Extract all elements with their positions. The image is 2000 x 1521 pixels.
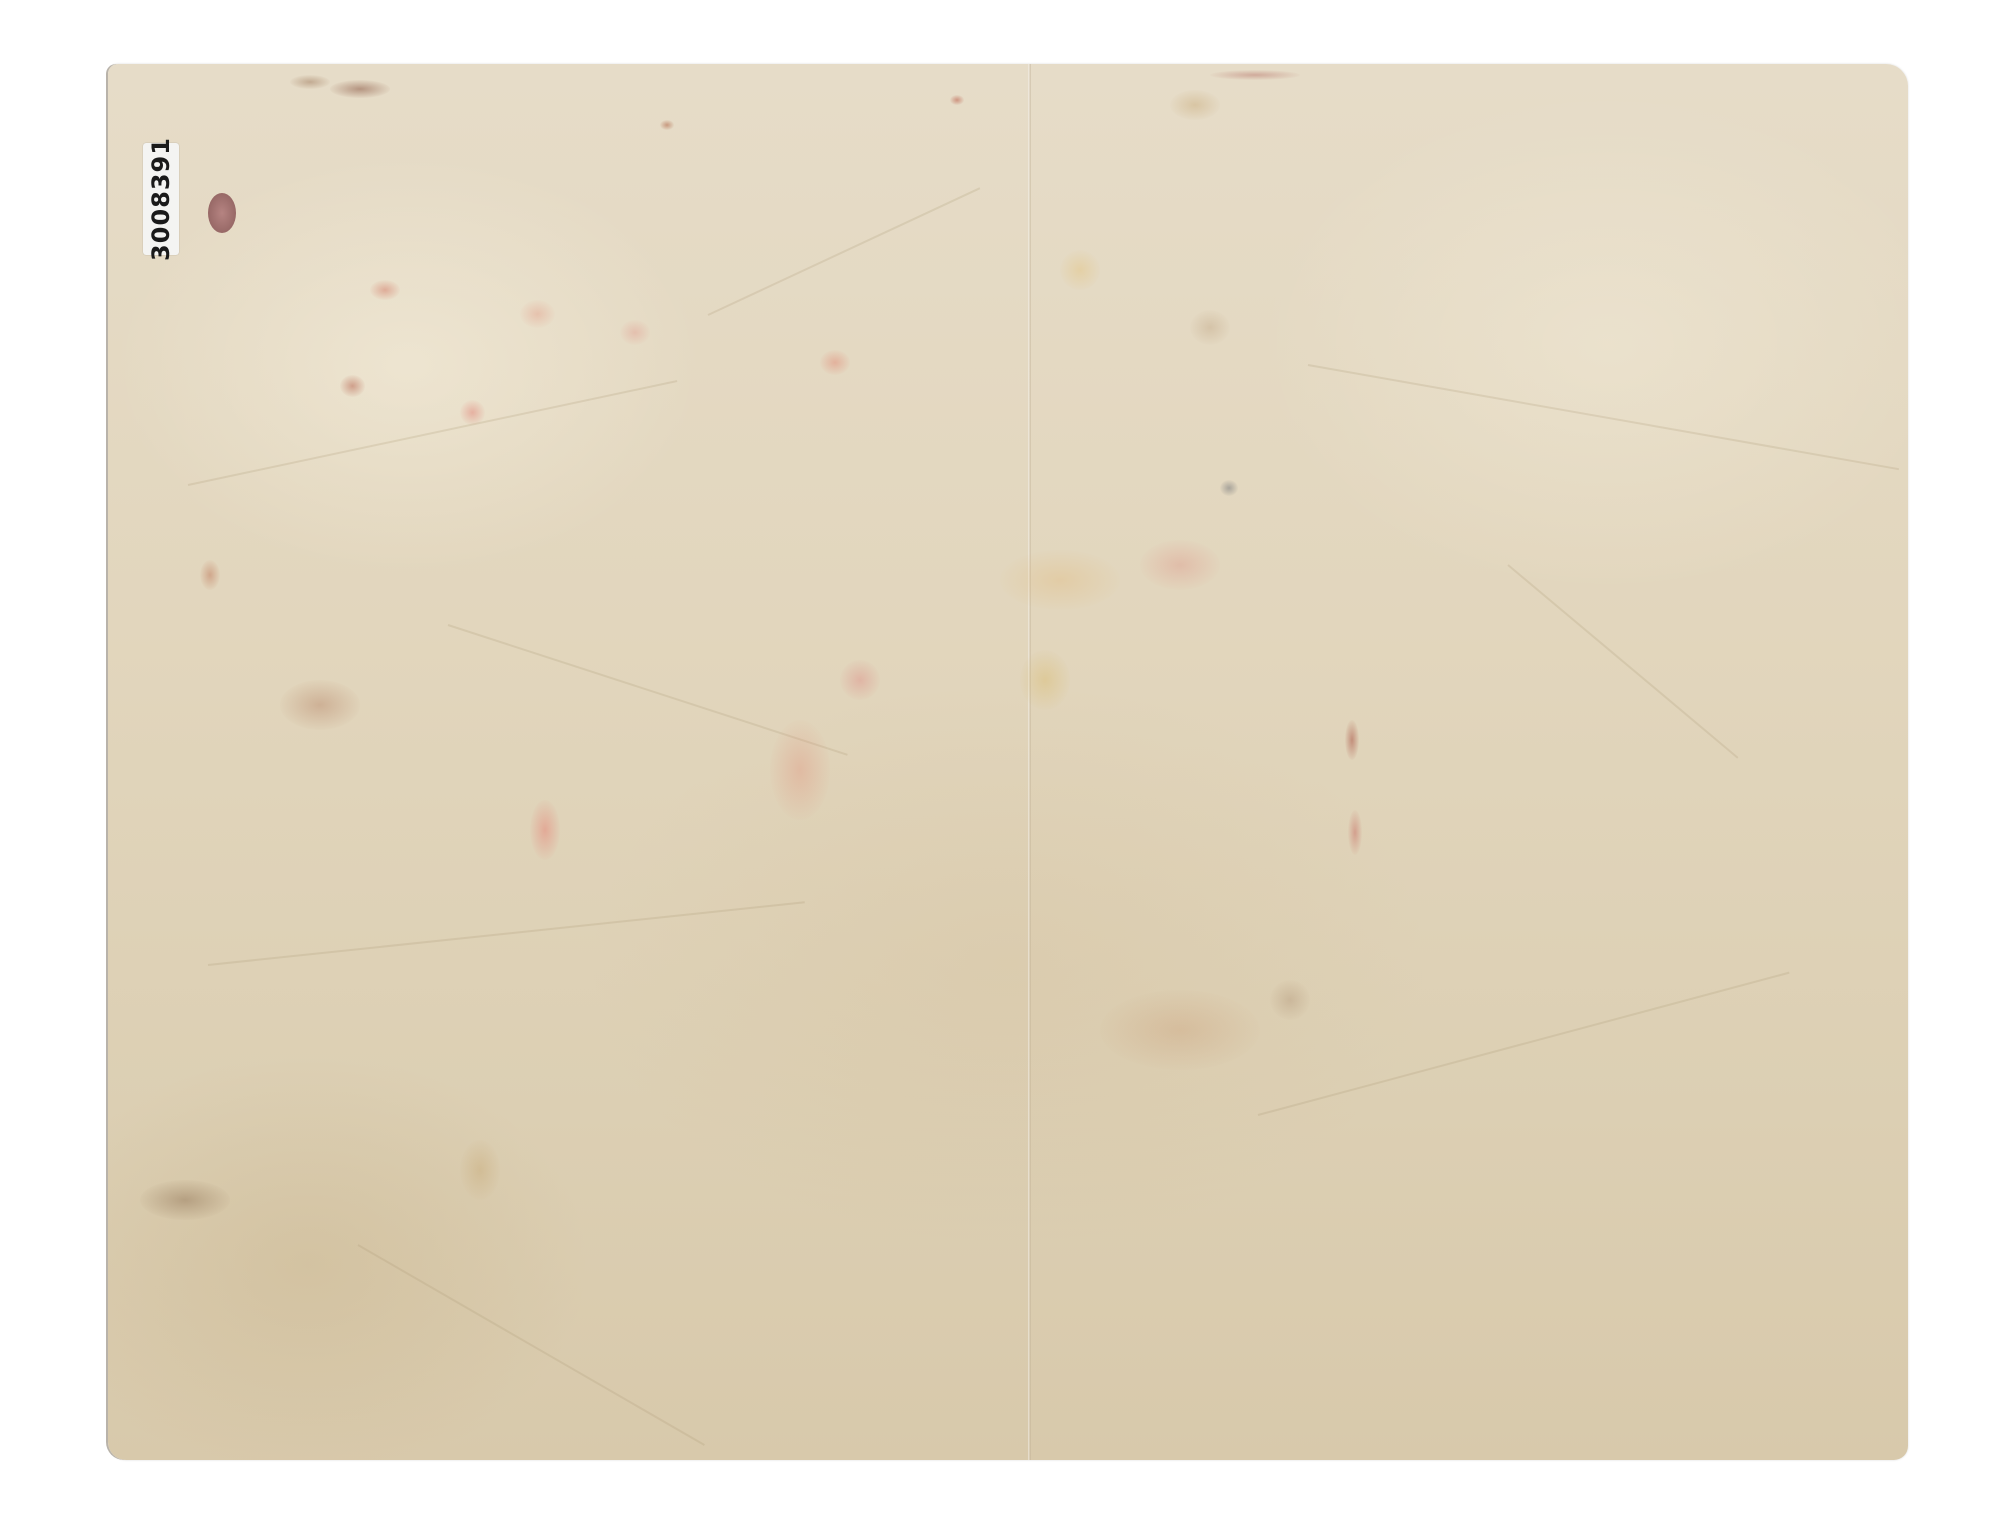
crease (188, 380, 677, 486)
stain (140, 1180, 230, 1220)
crease (1258, 972, 1790, 1116)
stain (620, 320, 650, 345)
stain (950, 95, 964, 105)
textile-cloth (108, 64, 1908, 1460)
stain (290, 75, 330, 89)
stain (520, 300, 555, 328)
stain (1000, 550, 1120, 610)
stain (530, 800, 560, 860)
crease (1308, 364, 1899, 470)
stain (330, 80, 390, 98)
stain (820, 350, 850, 375)
stain (1060, 250, 1100, 290)
stain (1210, 70, 1300, 80)
crease (708, 187, 981, 316)
stain (1190, 310, 1230, 345)
stain (1170, 90, 1220, 120)
stain (200, 560, 220, 590)
crease (358, 1244, 705, 1446)
crease (1507, 564, 1738, 758)
stain (770, 720, 830, 820)
stain (280, 680, 360, 730)
stain (1345, 720, 1359, 760)
seal-stamp (208, 193, 236, 233)
inventory-label: 3008391 (143, 143, 179, 255)
stain (370, 280, 400, 300)
stain (460, 400, 485, 425)
stain (340, 375, 365, 397)
crease (208, 901, 805, 966)
stain (1140, 540, 1220, 590)
stain (1100, 990, 1260, 1070)
center-fold-line (1028, 64, 1031, 1460)
stain (660, 120, 674, 130)
stain (1348, 810, 1362, 855)
stain (460, 1140, 500, 1200)
stain (840, 660, 880, 700)
stain (1270, 980, 1310, 1020)
stain (1020, 650, 1070, 710)
stain (1220, 480, 1238, 496)
inventory-number: 3008391 (147, 137, 175, 261)
